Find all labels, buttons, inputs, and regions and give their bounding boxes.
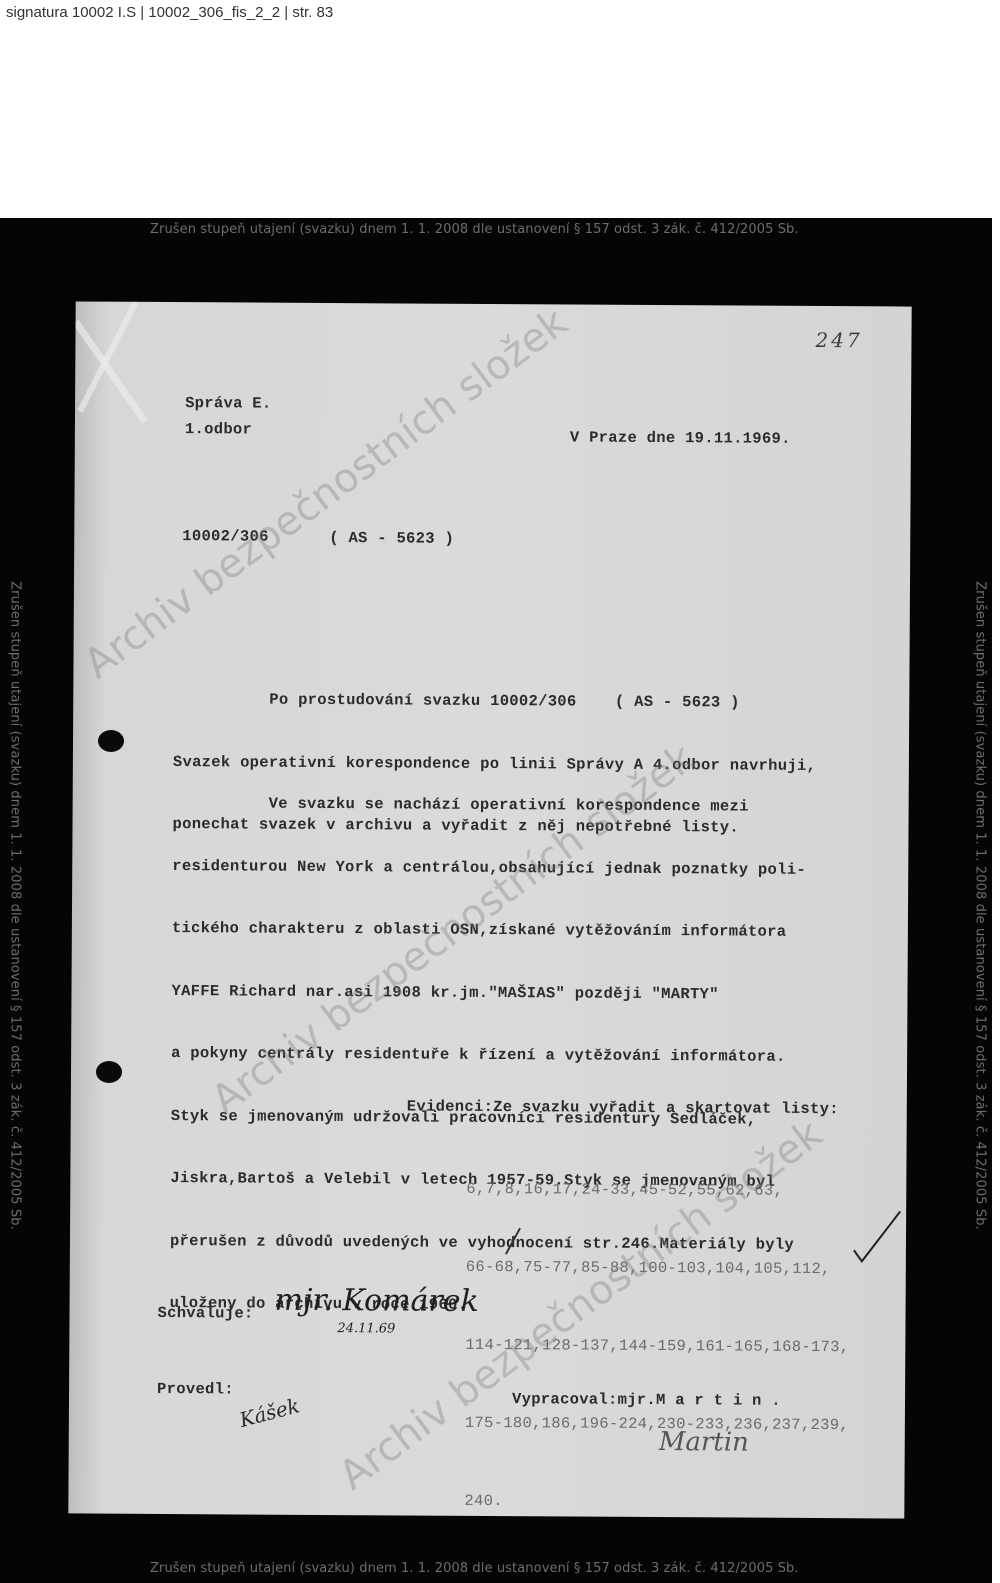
document-page: 247 Správa E. 1.odbor V Praze dne 19.11.… [68, 301, 911, 1518]
paragraph-1-line: Po prostudování svazku 10002/306 ( AS - … [173, 686, 873, 717]
declassification-stamp-left: Zrušen stupeň utajení (svazku) dnem 1. 1… [8, 556, 23, 1256]
place-date: V Praze dne 19.11.1969. [570, 428, 791, 447]
check-mark-icon [850, 1206, 910, 1266]
scan-area: Zrušen stupeň utajení (svazku) dnem 1. 1… [0, 218, 992, 1583]
sender-line-1: Správa E. [185, 394, 272, 413]
paragraph-2-line: tického charakteru z oblasti OSN,získané… [172, 915, 872, 946]
declassification-stamp-right: Zrušen stupeň utajení (svazku) dnem 1. 1… [973, 556, 988, 1256]
approved-label: Schvaluje: [157, 1304, 253, 1323]
executed-signature: Kášek [237, 1393, 302, 1432]
evidence-line: 6,7,8,16,17,24-33,45-52,55,62,63, [466, 1176, 850, 1204]
prepared-signature: Martin [659, 1427, 749, 1458]
punch-hole-lower [96, 1061, 122, 1083]
declassification-stamp-bottom: Zrušen stupeň utajení (svazku) dnem 1. 1… [150, 1561, 799, 1576]
sender-line-2: 1.odbor [185, 420, 252, 438]
page-number-handwritten: 247 [815, 328, 862, 352]
paragraph-2-line: YAFFE Richard nar.asi 1908 kr.jm."MAŠIAS… [171, 978, 871, 1009]
approved-signature: mjr. Komárek [275, 1283, 479, 1319]
punch-hole-upper [98, 730, 124, 752]
prepared-label: Vypracoval:mjr.M a r t i n . [512, 1390, 781, 1410]
page-header: signatura 10002 I.S | 10002_306_fis_2_2 … [6, 4, 333, 21]
reference-as: ( AS - 5623 ) [329, 529, 454, 548]
approved-signature-date: 24.11.69 [337, 1321, 395, 1336]
paragraph-2-line: Ve svazku se nachází operativní korespon… [173, 790, 873, 821]
tick-mark-icon [498, 1226, 528, 1256]
evidence-heading: Evidenci:Ze svazku vyřadit a skartovat l… [407, 1097, 839, 1118]
executed-label: Provedl: [157, 1380, 234, 1398]
evidence-line: 240. [464, 1488, 848, 1516]
declassification-stamp-top: Zrušen stupeň utajení (svazku) dnem 1. 1… [150, 222, 799, 237]
evidence-line: 175-180,186,196-224,230-233,236,237,239, [465, 1410, 849, 1438]
